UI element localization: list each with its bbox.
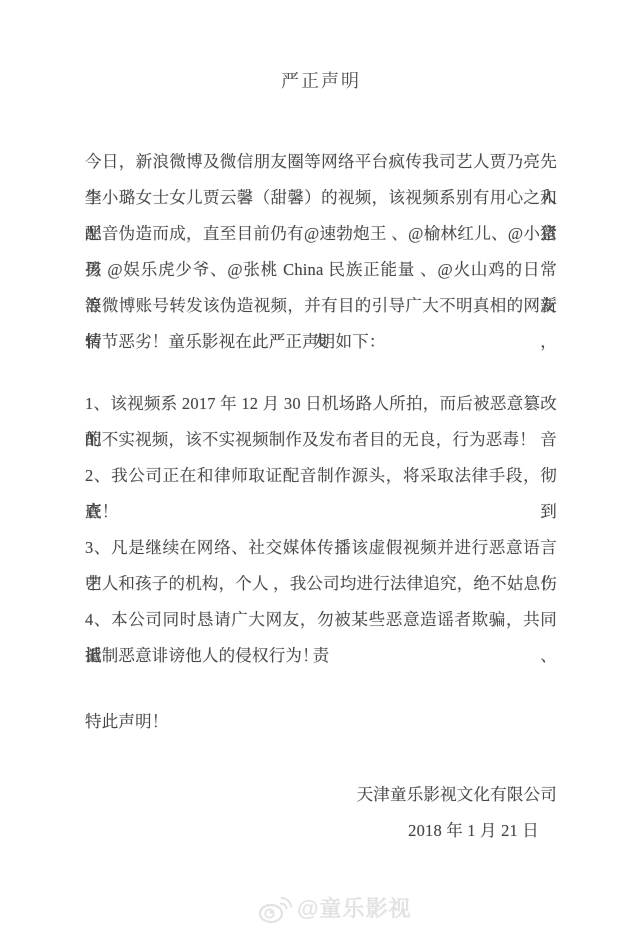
weibo-watermark: @童乐影视 (258, 894, 411, 924)
intro-line: 李小璐女士女儿贾云馨（甜馨）的视频，该视频系别有用心之人恶意 (85, 180, 557, 216)
point-line: 艺人和孩子的机构，个人 ，我公司均进行法律追究，绝不姑息！ (85, 566, 557, 602)
intro-line: 今日，新浪微博及微信朋友圈等网络平台疯传我司艺人贾乃亮先生和 (85, 144, 557, 180)
point-line: 的不实视频，该不实视频制作及发布者目的无良，行为恶毒！ (85, 422, 557, 458)
closing-block: 特此声明！ (85, 704, 557, 740)
statement-title: 严正声明 (85, 68, 557, 94)
signature-block: 天津童乐影视文化有限公司 2018 年 1 月 21 日 (85, 777, 557, 849)
statement-document: 严正声明 今日，新浪微博及微信朋友圈等网络平台疯传我司艺人贾乃亮先生和 李小璐女… (0, 0, 641, 935)
intro-paragraph: 今日，新浪微博及微信朋友圈等网络平台疯传我司艺人贾乃亮先生和 李小璐女士女儿贾云… (85, 144, 557, 360)
points-paragraph: 1、该视频系 2017 年 12 月 30 日机场路人所拍，而后被恶意篡改配音 … (85, 386, 557, 674)
document-content: 严正声明 今日，新浪微博及微信朋友圈等网络平台疯传我司艺人贾乃亮先生和 李小璐女… (0, 68, 641, 849)
closing-line: 特此声明！ (85, 704, 557, 740)
point-line: 2、我公司正在和律师取证配音制作源头，将采取法律手段，彻查到 (85, 458, 557, 494)
intro-line: 配音伪造而成，直至目前仍有@速勃炮王 、@榆林红儿、@小猪男 (85, 216, 557, 252)
watermark-handle: @童乐影视 (297, 894, 411, 924)
intro-line: 浪微博账号转发该伪造视频，并有目的引导广大不明真相的网友转发， (85, 288, 557, 324)
weibo-logo-icon (258, 894, 292, 924)
point-line: 3、凡是继续在网络、社交媒体传播该虚假视频并进行恶意语言中伤 (85, 530, 557, 566)
point-line: 4、本公司同时恳请广大网友，勿被某些恶意造谣者欺骗，共同谴责、 (85, 602, 557, 638)
intro-line: 孩 @娱乐虎少爷、@张桃 China 民族正能量 、@火山鸡的日常 等新 (85, 252, 557, 288)
signature-company: 天津童乐影视文化有限公司 (85, 777, 557, 813)
signature-date: 2018 年 1 月 21 日 (85, 813, 557, 849)
point-line: 1、该视频系 2017 年 12 月 30 日机场路人所拍，而后被恶意篡改配音 (85, 386, 557, 422)
